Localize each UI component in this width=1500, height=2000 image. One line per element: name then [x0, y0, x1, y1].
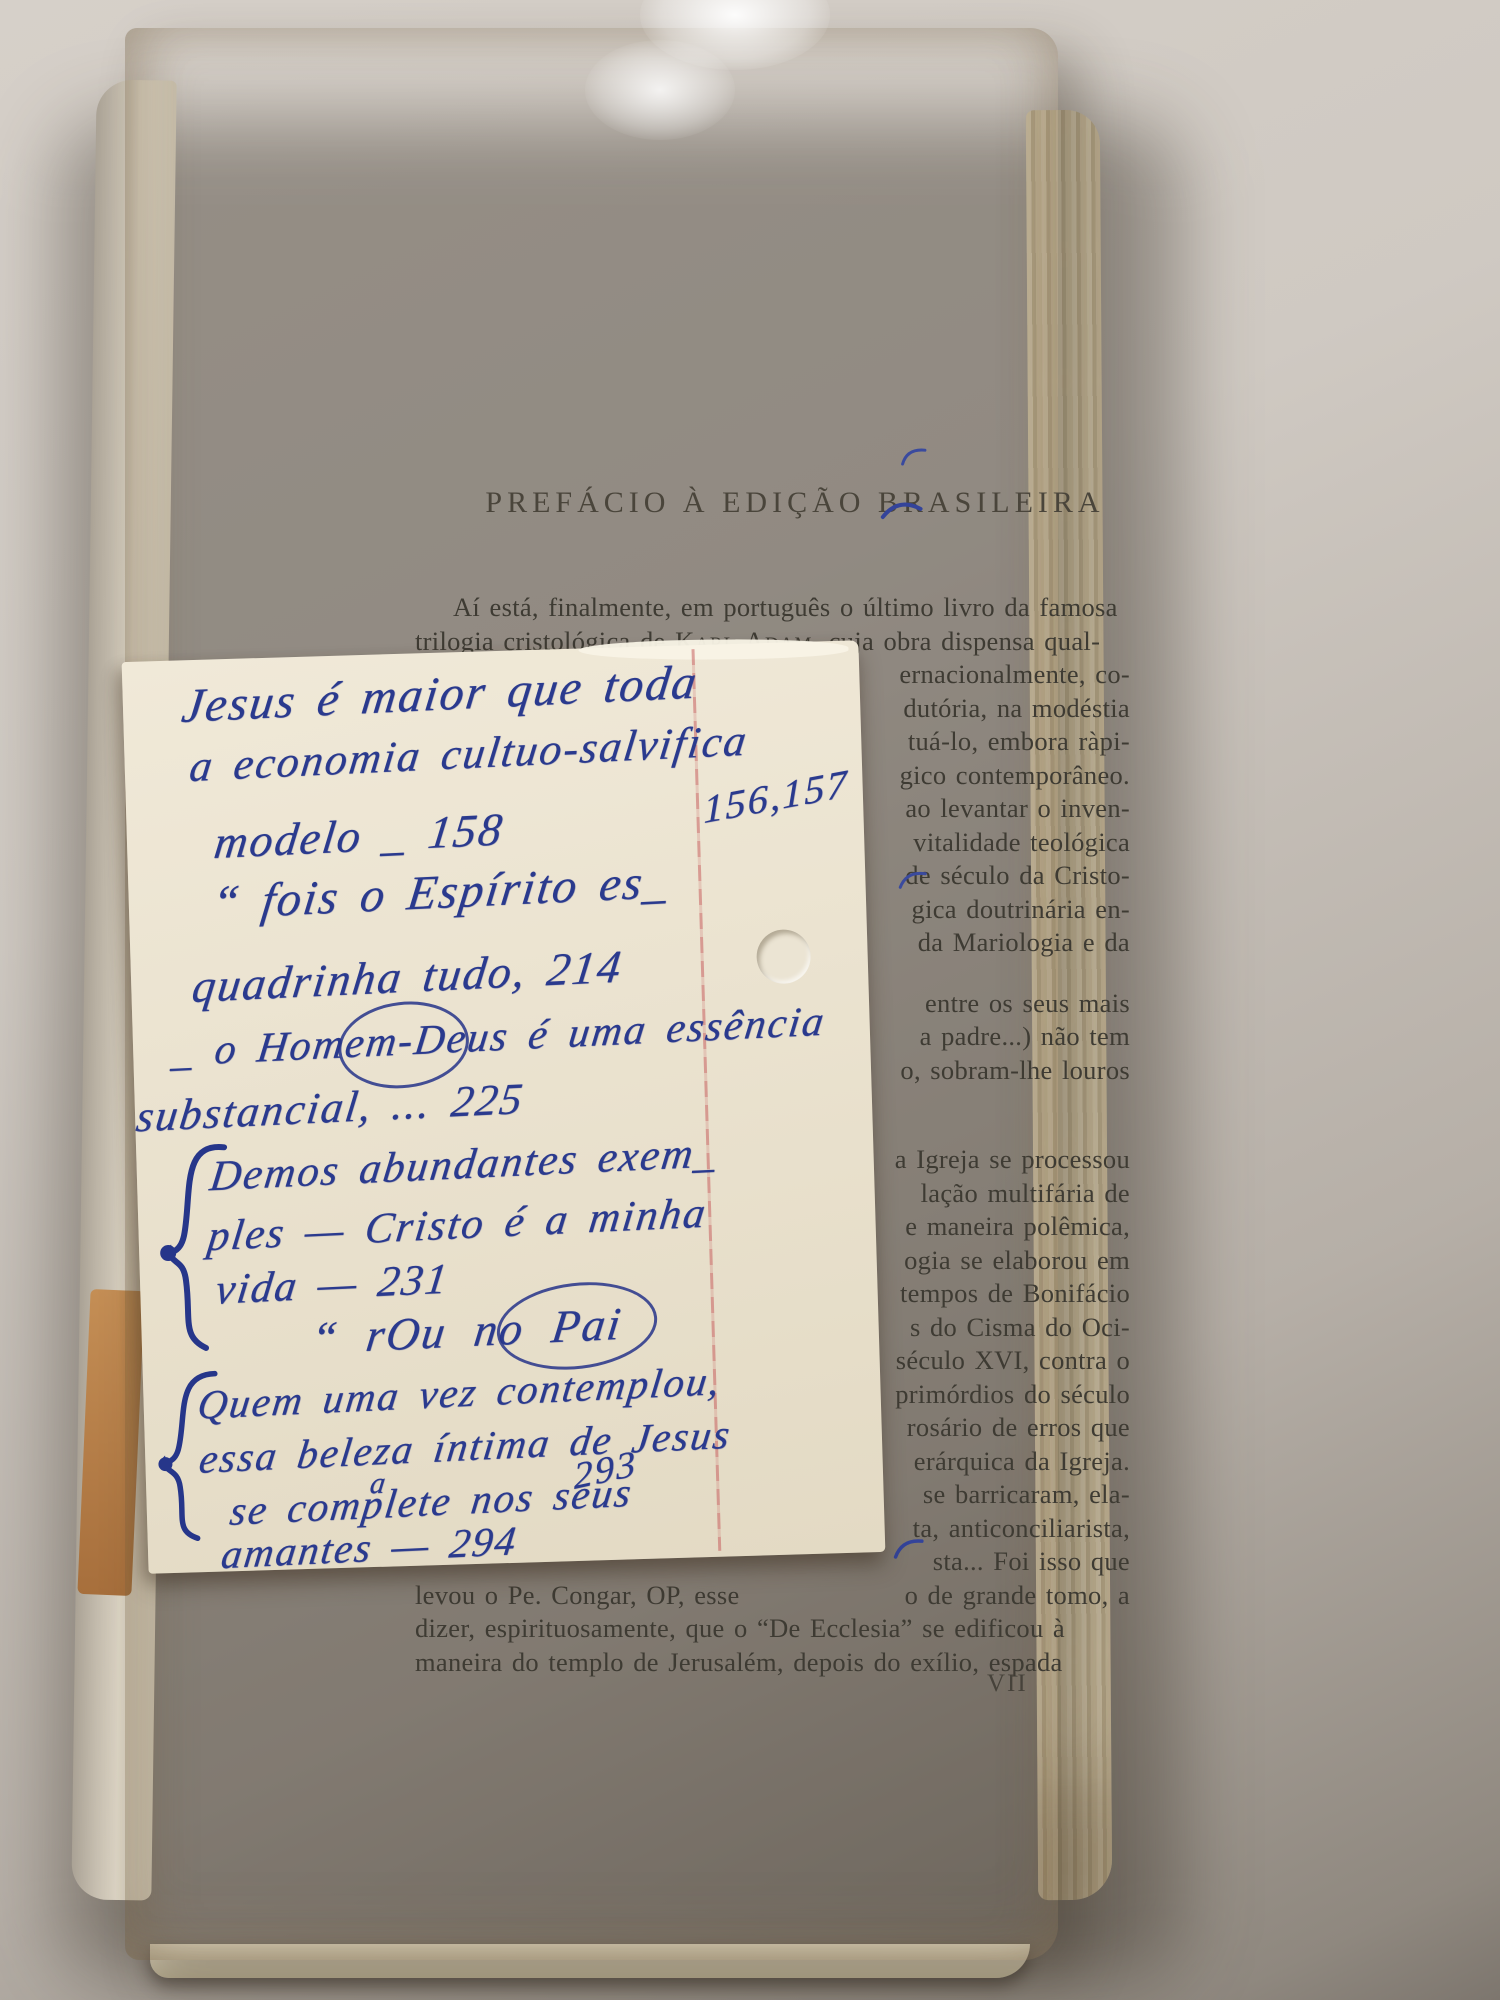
punch-hole	[756, 929, 812, 985]
brace-mark-icon	[151, 1367, 246, 1550]
note-card: Jesus é maior que toda a economia cultuo…	[122, 640, 886, 1573]
handwritten-line: 156,157	[703, 760, 849, 833]
text-line: levou o Pe. Congar, OP, esseo de grande …	[415, 1579, 1130, 1613]
handwritten-line: Demos abundantes exem_	[207, 1128, 721, 1201]
page-number: VII	[987, 1670, 1028, 1698]
text-line: dizer, espirituosamente, que o “De Eccle…	[415, 1612, 1130, 1646]
text-span: o de grande tomo, a	[905, 1579, 1130, 1613]
brace-mark-icon	[152, 1139, 248, 1357]
text-span: levou o Pe. Congar, OP, esse	[415, 1579, 740, 1613]
text-line: Aí está, finalmente, em português o últi…	[415, 591, 1130, 625]
handwritten-line: modelo _ 158	[211, 802, 507, 869]
page-title: PREFÁCIO À EDIÇÃO BRASILEIRA	[455, 486, 1135, 520]
photo-of-open-book: PREFÁCIO À EDIÇÃO BRASILEIRA Aí está, fi…	[0, 0, 1500, 2000]
handwritten-line: _ o Homem-Deus é uma essência	[169, 998, 828, 1077]
handwritten-line: ples — Cristo é a minha	[205, 1189, 710, 1262]
pen-checkmark-icon	[878, 491, 927, 531]
handwritten-line: substancial, ... 225	[133, 1073, 527, 1142]
